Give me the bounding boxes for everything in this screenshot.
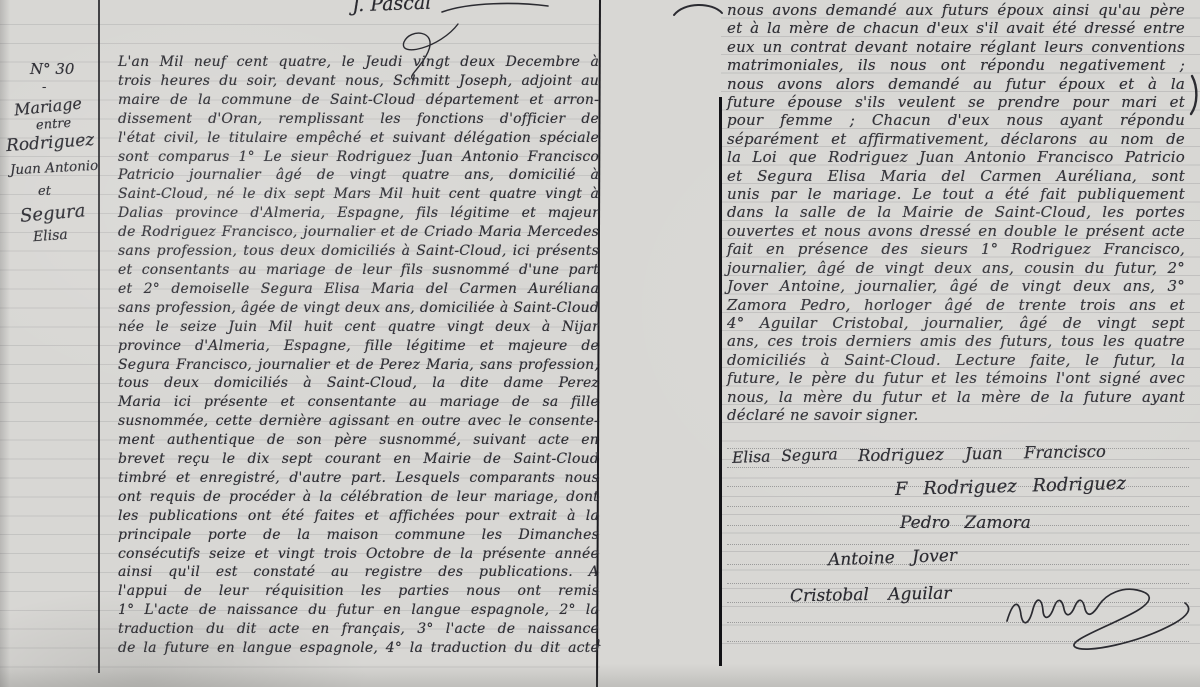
manuscript-line: nous, la mère du futur et la mère de la … xyxy=(727,388,1185,406)
manuscript-line: sont comparus 1° Le sieur Rodriguez Juan… xyxy=(118,148,599,167)
manuscript-line: née le seize Juin Mil huit cent quatre v… xyxy=(118,318,599,337)
manuscript-line: Zamora Pedro, horloger âgé de trente tro… xyxy=(727,296,1185,314)
manuscript-line: 4° Aguilar Cristobal, journalier, âgé de… xyxy=(727,314,1185,332)
manuscript-line: trois heures du soir, devant nous, Schmi… xyxy=(118,72,599,91)
manuscript-line: matrimoniales, ils nous ont répondu nega… xyxy=(727,56,1185,74)
dotted-rule xyxy=(727,506,1189,507)
right-page-left-border xyxy=(719,97,722,666)
signature-cristobal-aguilar: Cristobal Aguilar xyxy=(790,584,952,607)
manuscript-line: Maria ici présente et consentante au mar… xyxy=(118,393,599,412)
left-page-body: L'an Mil neuf cent quatre, le Jeudi ving… xyxy=(118,53,599,658)
dotted-rule xyxy=(727,467,1189,468)
manuscript-line: l'état civil, le titulaire empêché et su… xyxy=(118,129,599,148)
manuscript-line: dans la salle de la Mairie de Saint-Clou… xyxy=(727,203,1185,221)
manuscript-line: nous avons demandé aux futurs époux ains… xyxy=(727,1,1185,19)
manuscript-line: future épouse s'ils veulent se prendre p… xyxy=(727,93,1185,111)
marriage-register-scan: J. Pascal N° 30 - Mariage entre Rodrigue… xyxy=(0,0,1200,687)
margin-line-et: et xyxy=(38,184,51,199)
manuscript-line: ouvertes et nous avons dressé en double … xyxy=(727,222,1185,240)
signature-pedro-zamora: Pedro Zamora xyxy=(900,513,1031,533)
manuscript-line: de la future en langue espagnole, 4° la … xyxy=(118,639,599,658)
manuscript-line: Segura Francisco, journalier et de Perez… xyxy=(118,356,599,375)
manuscript-line: Dalias province d'Almeria, Espagne, fils… xyxy=(118,204,599,223)
dotted-rule xyxy=(727,544,1189,545)
left-page-margin-rule xyxy=(98,0,100,673)
cutoff-stroke-top xyxy=(440,0,550,14)
manuscript-line: sans profession, âgée de vingt deux ans,… xyxy=(118,299,599,318)
manuscript-line: ment authentique de son père susnommé, s… xyxy=(118,431,599,450)
signature-elisa-segura: Elisa Segura xyxy=(732,445,838,467)
manuscript-line: ans, ces trois derniers amis des futurs,… xyxy=(727,332,1185,350)
manuscript-line: et 2° demoiselle Segura Elisa Maria del … xyxy=(118,280,599,299)
manuscript-line: susnommée, cette dernière agissant en ou… xyxy=(118,412,599,431)
margin-act-number: N° 30 xyxy=(30,60,74,78)
page-end-mark: } xyxy=(594,638,602,653)
dotted-rule xyxy=(727,564,1189,565)
manuscript-line: tous deux domiciliés à Saint-Cloud, la d… xyxy=(118,374,599,393)
manuscript-line: de Rodriguez Francisco, journalier et de… xyxy=(118,223,599,242)
manuscript-line: L'an Mil neuf cent quatre, le Jeudi ving… xyxy=(118,53,599,72)
manuscript-line: 1° L'acte de naissance du futur en langu… xyxy=(118,601,599,620)
manuscript-line: eux un contrat devant notaire réglant le… xyxy=(727,38,1185,56)
manuscript-line: nous avons alors demandé au futur époux … xyxy=(727,75,1185,93)
manuscript-line: pour femme ; Chacun d'eux nous ayant rép… xyxy=(727,111,1185,129)
manuscript-line: province d'Almeria, Espagne, fille légit… xyxy=(118,337,599,356)
manuscript-line: timbré et enregistré, d'autre part. Lesq… xyxy=(118,469,599,488)
manuscript-line: l'appui de leur réquisition les parties … xyxy=(118,582,599,601)
manuscript-line: journalier, âgé de vingt deux ans, cousi… xyxy=(727,259,1185,277)
manuscript-line: et Segura Elisa Maria del Carmen Aurélia… xyxy=(727,167,1185,185)
manuscript-line: domiciliés à Saint-Cloud. Lecture faite,… xyxy=(727,351,1185,369)
manuscript-line: Saint-Cloud, né le dix sept Mars Mil hui… xyxy=(118,185,599,204)
manuscript-line: fait en présence des sieurs 1° Rodriguez… xyxy=(727,240,1185,258)
manuscript-line: Jover Antoine, journalier, âgé de vingt … xyxy=(727,277,1185,295)
margin-dash: - xyxy=(42,80,46,95)
manuscript-line: traduction du dit acte en français, 3° l… xyxy=(118,620,599,639)
manuscript-line: ainsi qu'il est constaté au registre des… xyxy=(118,563,599,582)
manuscript-line: Patricio journalier âgé de vingt quatre … xyxy=(118,166,599,185)
page-bottom-edge xyxy=(0,664,1200,687)
manuscript-line: la Loi que Rodriguez Juan Antonio Franci… xyxy=(727,148,1185,166)
manuscript-line: future, le père du futur et les témoins … xyxy=(727,369,1185,387)
manuscript-line: maire de la commune de Saint-Cloud dépar… xyxy=(118,91,599,110)
manuscript-line: sans profession, tous deux domiciliés à … xyxy=(118,242,599,261)
manuscript-line: déclaré ne savoir signer. xyxy=(727,406,1185,424)
manuscript-line: les publications ont été faites et affic… xyxy=(118,507,599,526)
manuscript-line: séparément et affirmativement, déclarons… xyxy=(727,130,1185,148)
right-page-body: nous avons demandé aux futurs époux ains… xyxy=(727,1,1185,424)
manuscript-line: et consentants au mariage de leur fils s… xyxy=(118,261,599,280)
manuscript-line: brevet reçu le dix sept courant en Mairi… xyxy=(118,450,599,469)
officer-signature-flourish xyxy=(995,583,1195,651)
margin-line-entre: entre xyxy=(36,116,72,133)
gutter-top-flourish xyxy=(672,0,724,17)
manuscript-line: consécutifs seize et vingt trois Octobre… xyxy=(118,545,599,564)
manuscript-line: principale porte de la maison commune le… xyxy=(118,526,599,545)
manuscript-line: dissement d'Oran, remplissant les foncti… xyxy=(118,110,599,129)
margin-line-elisa: Elisa xyxy=(32,227,68,245)
manuscript-line: ont requis de procéder à la célébration … xyxy=(118,488,599,507)
manuscript-line: unis par le mariage. Le tout a été fait … xyxy=(727,185,1185,203)
header-signature-pascal: J. Pascal xyxy=(352,0,432,16)
manuscript-line: et à la mère de chacun d'eux s'il avait … xyxy=(727,19,1185,37)
right-edge-mark xyxy=(1188,74,1200,116)
